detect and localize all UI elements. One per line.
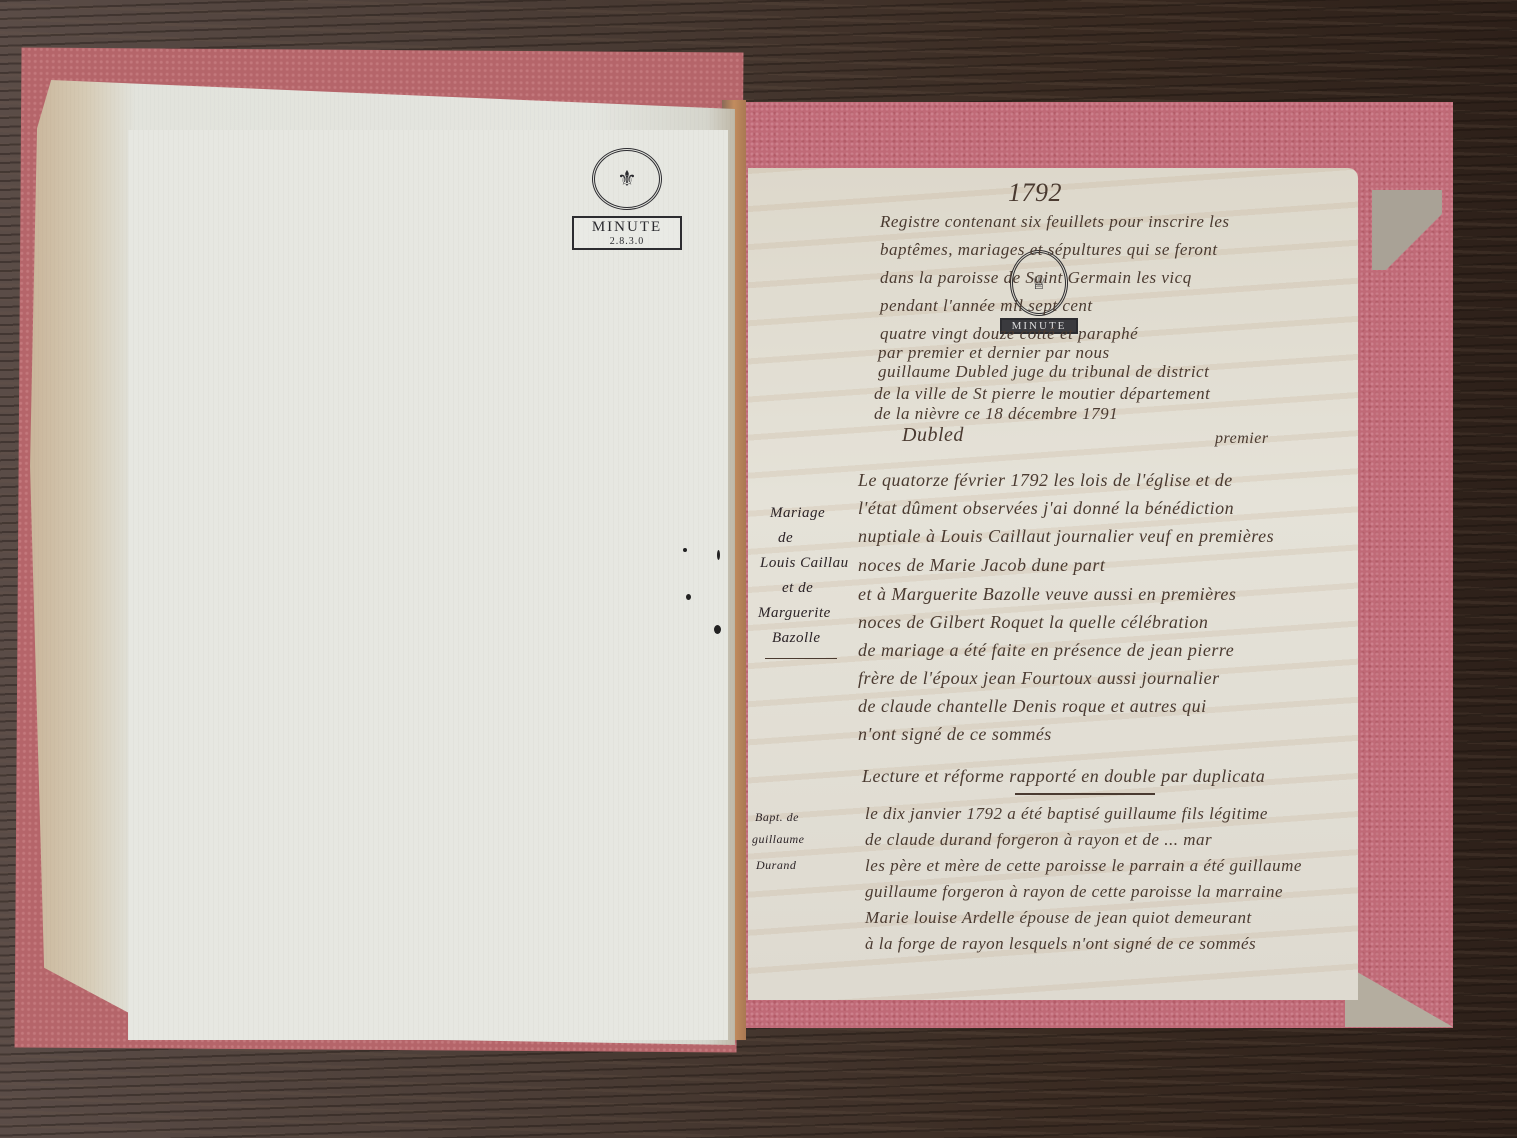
entry-line: le dix janvier 1792 a été baptisé guilla… <box>865 804 1268 824</box>
header-line: Registre contenant six feuillets pour in… <box>880 212 1230 232</box>
ink-spot <box>686 594 691 600</box>
ink-spot <box>714 625 721 634</box>
margin-note: Durand <box>756 858 796 873</box>
header-line: baptêmes, mariages et sépultures qui se … <box>880 240 1218 260</box>
entry-line: noces de Gilbert Roquet la quelle célébr… <box>858 612 1208 633</box>
header-line: par premier et dernier par nous <box>878 343 1110 363</box>
header-line: de la nièvre ce 18 décembre 1791 <box>874 404 1118 424</box>
margin-note: Louis Caillau <box>760 555 849 572</box>
header-line: guillaume Dubled juge du tribunal de dis… <box>878 362 1209 382</box>
entry-line: Marie louise Ardelle épouse de jean quio… <box>865 908 1252 928</box>
ink-spot <box>683 548 687 552</box>
margin-note: Bapt. de <box>755 810 799 825</box>
margin-note: Bazolle <box>772 630 821 647</box>
header-line: quatre vingt douze cotté et paraphé <box>880 324 1138 344</box>
header-line: dans la paroisse de Saint Germain les vi… <box>880 268 1192 288</box>
ink-spot <box>717 550 720 560</box>
fleur-de-lis-icon: ⚜ <box>592 148 662 210</box>
entry-line: Le quatorze février 1792 les lois de l'é… <box>858 470 1233 491</box>
left-page-blank <box>128 130 728 1040</box>
margin-note: de <box>778 530 793 547</box>
entry-line: nuptiale à Louis Caillaut journalier veu… <box>858 526 1274 547</box>
right-minute-stamp: ♕ MINUTE <box>1000 250 1078 334</box>
entry-line: n'ont signé de ce sommés <box>858 724 1052 745</box>
header-line: pendant l'année mil sept cent <box>880 296 1093 316</box>
margin-note: et de <box>782 580 813 597</box>
stamp-number: 2.8.3.0 <box>580 236 674 247</box>
heading-underline <box>1015 793 1155 795</box>
judge-signature: Dubled <box>902 424 964 447</box>
margin-rule <box>765 658 837 659</box>
entry-line: frère de l'époux jean Fourtoux aussi jou… <box>858 668 1220 689</box>
entry-line: noces de Marie Jacob dune part <box>858 555 1105 576</box>
entry-line: de claude chantelle Denis roque et autre… <box>858 696 1207 717</box>
left-minute-stamp: ⚜ MINUTE 2.8.3.0 <box>572 148 682 250</box>
entry-line: l'état dûment observées j'ai donné la bé… <box>858 498 1234 519</box>
entry-line: guillaume forgeron à rayon de cette paro… <box>865 882 1283 902</box>
entry-line: à la forge de rayon lesquels n'ont signé… <box>865 934 1256 954</box>
margin-note: guillaume <box>752 832 805 847</box>
header-line: de la ville de St pierre le moutier dépa… <box>874 384 1210 404</box>
entry-heading: Lecture et réforme rapporté en double pa… <box>862 766 1265 787</box>
margin-note: Mariage <box>770 505 825 522</box>
margin-note: Marguerite <box>758 605 831 622</box>
entry-line: les père et mère de cette paroisse le pa… <box>865 856 1302 876</box>
entry-line: de mariage a été faite en présence de je… <box>858 640 1234 661</box>
stamp-label: MINUTE <box>592 219 662 235</box>
entry-line: de claude durand forgeron à rayon et de … <box>865 830 1212 850</box>
folio-note: premier <box>1215 430 1269 448</box>
register-year: 1792 <box>1008 178 1062 208</box>
entry-line: et à Marguerite Bazolle veuve aussi en p… <box>858 584 1236 605</box>
